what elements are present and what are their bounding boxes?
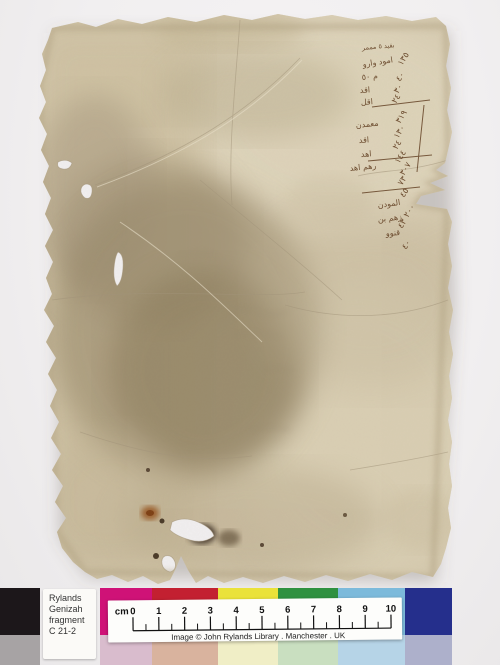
ruler-number: 8 [337,604,342,615]
ruler-number: 7 [311,604,316,615]
color-chart-square-navy-blue [405,588,452,635]
label-line: Rylands [49,593,96,604]
photo-stage: بقيد ٥ مممرامود واروم ٥٠اقداقلمعمدناقداه… [0,0,500,665]
color-chart-square-black [0,588,40,635]
handwritten-word-line: اقد [359,135,370,145]
ruler-number: 1 [156,606,162,617]
ruler-number: 4 [233,605,239,616]
handwritten-word-line: اهد [361,149,372,159]
ruler-number: 0 [130,606,135,617]
ruler-number: 5 [259,605,265,616]
handwritten-word-line: اقل [361,97,374,107]
ruler-number: 3 [208,605,213,616]
manuscript-fragment-image: بقيد ٥ مممرامود واروم ٥٠اقداقلمعمدناقداه… [0,0,500,665]
handwritten-word-line: قنوو [385,228,401,238]
label-line: Genizah [49,604,96,615]
ruler-number: 6 [285,605,290,616]
color-chart-square-lavender [405,635,452,665]
color-chart-square-gray [0,635,40,665]
ruler-number: 2 [182,606,187,617]
handwritten-word-line: اقد [360,85,371,95]
ruler-unit-label: cm [115,606,129,617]
label-line: C 21-2 [49,626,96,637]
ruler-number: 10 [386,604,397,615]
ruler-number: 9 [362,604,367,615]
shelfmark-label-card: Rylands Genizah fragment C 21-2 [43,589,96,659]
cm-ruler: cm012345678910Image © John Rylands Libra… [108,597,402,642]
copyright-credit: Image © John Rylands Library . Mancheste… [171,631,346,642]
handwritten-word-line: م ٥٠ [361,71,378,82]
fragment-stains [30,10,490,590]
label-line: fragment [49,615,96,626]
